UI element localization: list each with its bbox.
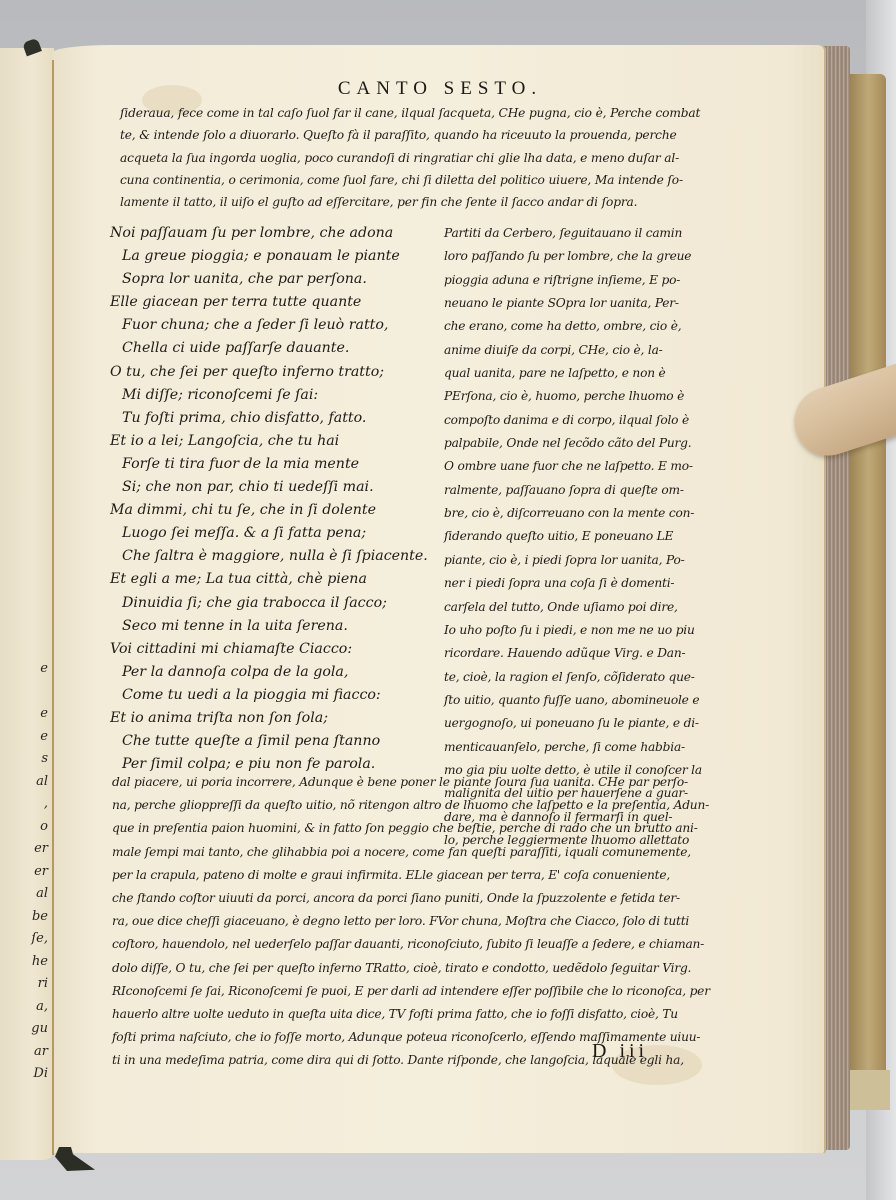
verse-line: Tu foſti prima, chio disfatto, fatto.: [110, 407, 440, 430]
margin-fragment: o: [0, 816, 48, 839]
verse-line: Chella ci uide paſſarſe dauante.: [110, 337, 440, 360]
vellum-cover-corner: [848, 1070, 890, 1110]
commentary-top: ſideraua, fece come in tal caſo ſuol far…: [120, 102, 712, 213]
commentary-line: uergognoſo, ui poneuano ſu le piante, e …: [444, 712, 706, 735]
margin-fragment: gu: [0, 1018, 48, 1041]
margin-fragment: s: [0, 748, 48, 771]
verse-line: Et io anima triſta non ſon ſola;: [110, 707, 440, 730]
commentary-line: coſtoro, hauendolo, nel uederſelo paſſar…: [112, 933, 712, 956]
commentary-line: dal piacere, ui poria incorrere, Adunque…: [112, 771, 712, 794]
verse-line: Mi diſſe; riconoſcemi ſe ſai:: [110, 384, 440, 407]
commentary-line: Partiti da Cerbero, ſeguitauano il camin: [444, 222, 706, 245]
verse-line: Dinuidia ſi; che gia trabocca il ſacco;: [110, 592, 440, 615]
commentary-line: Io uho poſto ſu i piedi, e non me ne uo …: [444, 619, 706, 642]
commentary-line: na, perche glioppreſſi da queſto uitio, …: [112, 794, 712, 817]
left-page: eeesal,oereralbeſe,heria,guarDi: [0, 48, 54, 1160]
commentary-line: per la crapula, pateno di molte e graui …: [112, 864, 712, 887]
verse-line: Voi cittadini mi chiamaſte Ciacco:: [110, 638, 440, 661]
commentary-line: bre, cio è, diſcorreuano con la mente co…: [444, 502, 706, 525]
left-page-margin-text: eeesal,oereralbeſe,heria,guarDi: [0, 658, 48, 1086]
commentary-line: anime diuiſe da corpi, CHe, cio è, la-: [444, 339, 706, 362]
verse-line: Per la dannoſa colpa de la gola,: [110, 661, 440, 684]
commentary-line: ricordare. Hauendo adũque Virg. e Dan-: [444, 642, 706, 665]
commentary-line: lamente il tatto, il uiſo el guſto ad eſ…: [120, 191, 712, 213]
verse-line: Sopra lor uanita, che par perſona.: [110, 268, 440, 291]
commentary-line: ſiderando queſto uitio, E poneuano LE: [444, 525, 706, 548]
verse-line: Et egli a me; La tua città, chè piena: [110, 568, 440, 591]
commentary-line: acqueta la ſua ingorda uoglia, poco cura…: [120, 147, 712, 169]
commentary-line: dolo diſſe, O tu, che ſei per queſto inf…: [112, 957, 712, 980]
margin-fragment: e: [0, 703, 48, 726]
commentary-line: cuna continentia, o cerimonia, come ſuol…: [120, 169, 712, 191]
verse-line: Elle giacean per terra tutte quante: [110, 291, 440, 314]
commentary-line: ſideraua, fece come in tal caſo ſuol far…: [120, 102, 712, 124]
running-head: CANTO SESTO.: [240, 78, 640, 100]
commentary-line: palpabile, Onde nel ſecõdo cãto del Purg…: [444, 432, 706, 455]
commentary-line: che erano, come ha detto, ombre, cio è,: [444, 315, 706, 338]
margin-fragment: ſe,: [0, 928, 48, 951]
commentary-line: menticauanſelo, perche, ſi come habbia-: [444, 736, 706, 759]
gutter: [52, 60, 54, 1155]
margin-fragment: al: [0, 771, 48, 794]
margin-fragment: al: [0, 883, 48, 906]
margin-fragment: ,: [0, 793, 48, 816]
commentary-line: piante, cio è, i piedi ſopra lor uanita,…: [444, 549, 706, 572]
margin-fragment: [0, 681, 48, 704]
margin-fragment: ri: [0, 973, 48, 996]
commentary-line: RIconoſcemi ſe ſai, Riconoſcemi ſe puoi,…: [112, 980, 712, 1003]
signature-mark: D iii: [592, 1040, 648, 1063]
verse-line: Luogo ſei meſſa. & a ſi fatta pena;: [110, 522, 440, 545]
verse-line: Forſe ti tira fuor de la mia mente: [110, 453, 440, 476]
commentary-right-column: Partiti da Cerbero, ſeguitauano il camin…: [444, 222, 706, 852]
commentary-bottom: dal piacere, ui poria incorrere, Adunque…: [112, 771, 712, 1073]
commentary-line: ner i piedi ſopra una coſa ſi è domenti-: [444, 572, 706, 595]
margin-fragment: er: [0, 861, 48, 884]
margin-fragment: he: [0, 951, 48, 974]
commentary-line: O ombre uane fuor che ne laſpetto. E mo-: [444, 455, 706, 478]
commentary-line: neuano le piante SOpra lor uanita, Per-: [444, 292, 706, 315]
verse-line: Ma dimmi, chi tu ſe, che in ſi dolente: [110, 499, 440, 522]
margin-fragment: Di: [0, 1063, 48, 1086]
verse-line: Fuor chuna; che a ſeder ſi leuò ratto,: [110, 314, 440, 337]
margin-fragment: e: [0, 658, 48, 681]
commentary-line: pioggia aduna e riſtrigne inſieme, E po-: [444, 269, 706, 292]
commentary-line: qual uanita, pare ne laſpetto, e non è: [444, 362, 706, 385]
margin-fragment: ar: [0, 1041, 48, 1064]
commentary-line: te, cioè, la ragion el ſenſo, cõſiderato…: [444, 666, 706, 689]
commentary-line: que in preſentia paion huomini, & in fat…: [112, 817, 712, 840]
commentary-line: ralmente, paſſauano ſopra di queſte om-: [444, 479, 706, 502]
margin-fragment: er: [0, 838, 48, 861]
verse-line: O tu, che ſei per queſto inferno tratto;: [110, 361, 440, 384]
commentary-line: te, & intende ſolo a diuorarlo. Queſto f…: [120, 124, 712, 146]
verse-line: Come tu uedi a la pioggia mi fiacco:: [110, 684, 440, 707]
commentary-line: loro paſſando ſu per lombre, che la greu…: [444, 245, 706, 268]
verse-line: Noi paſſauam ſu per lombre, che adona: [110, 222, 440, 245]
commentary-line: PErſona, cio è, huomo, perche lhuomo è: [444, 385, 706, 408]
verse-line: Che ſaltra è maggiore, nulla è ſi ſpiace…: [110, 545, 440, 568]
margin-fragment: a,: [0, 996, 48, 1019]
commentary-line: hauerlo altre uolte ueduto in queſta uit…: [112, 1003, 712, 1026]
commentary-line: male ſempi mai tanto, che glihabbia poi …: [112, 841, 712, 864]
verse-line: Seco mi tenne in la uita ſerena.: [110, 615, 440, 638]
commentary-line: ra, oue dice cheſſi giaceuano, è degno l…: [112, 910, 712, 933]
verse-line: La greue pioggia; e ponauam le piante: [110, 245, 440, 268]
verse-column: Noi paſſauam ſu per lombre, che adonaLa …: [110, 222, 440, 776]
commentary-line: che ſtando coſtor uiuuti da porci, ancor…: [112, 887, 712, 910]
margin-fragment: e: [0, 726, 48, 749]
commentary-line: compoſto danima e di corpo, ilqual ſolo …: [444, 409, 706, 432]
verse-line: Che tutte queſte a ſimil pena ſtanno: [110, 730, 440, 753]
commentary-line: carſela del tutto, Onde uſiamo poi dire,: [444, 596, 706, 619]
verse-line: Si; che non par, chio ti uedeſſi mai.: [110, 476, 440, 499]
commentary-line: ſto uitio, quanto fuſſe uano, abomineuol…: [444, 689, 706, 712]
margin-fragment: be: [0, 906, 48, 929]
verse-line: Et io a lei; Langoſcia, che tu hai: [110, 430, 440, 453]
